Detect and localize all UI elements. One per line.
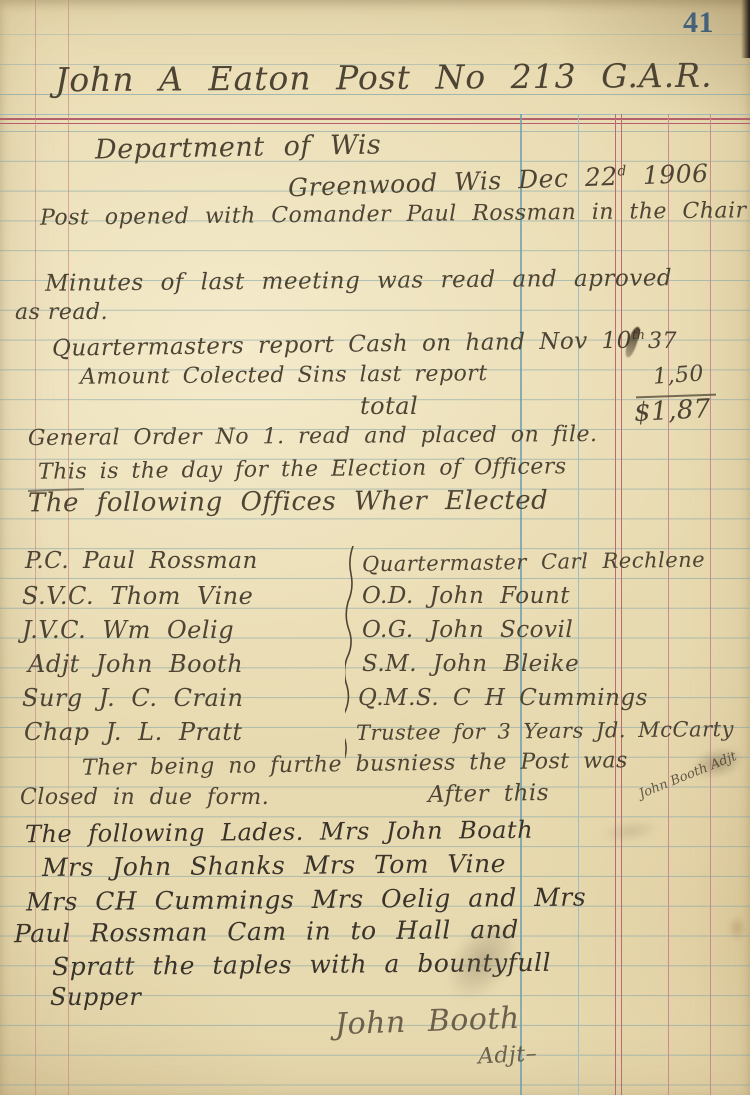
officer-right-row: O.G. John Scovil	[362, 617, 573, 643]
ladies-line-6: Supper	[50, 983, 141, 1011]
ruled-line	[0, 34, 750, 35]
officers-elected-line: The following Offices Wher Elected	[28, 486, 548, 519]
officer-left-row: S.V.C. Thom Vine	[22, 582, 253, 610]
heading-place-date-main: Greenwood Wis Dec 22	[288, 162, 619, 202]
heading-date-superscript: d	[617, 163, 626, 179]
heading-opening-line: Post opened with Comander Paul Rossman i…	[40, 198, 747, 230]
officer-left-row: Chap J. L. Pratt	[24, 718, 243, 746]
ladies-line-5: Spratt the taples with a bountyfull	[52, 948, 551, 981]
column-line-red-1	[668, 114, 669, 1095]
total-label: total	[360, 392, 418, 420]
page-edge-shadow	[741, 0, 750, 58]
cash-on-hand-amount: 37	[648, 329, 677, 354]
minutes-approved-line-1: Minutes of last meeting was read and apr…	[45, 265, 672, 296]
header-band-red-line	[0, 123, 750, 125]
signature-name: John Booth	[334, 1001, 520, 1042]
quartermaster-report-line: Quartermasters report Cash on hand Nov 1…	[52, 327, 645, 362]
column-line-red-2	[710, 114, 711, 1095]
officer-left-row: P.C. Paul Rossman	[25, 548, 258, 574]
heading-department: Department of Wis	[95, 130, 382, 166]
closing-no-business-line: Ther being no furthe busniess the Post w…	[82, 748, 628, 781]
column-line-red-double	[615, 114, 622, 1095]
column-line-blue-2	[578, 114, 579, 1095]
faint-smudge	[599, 816, 661, 846]
signature-title: Adjt–	[477, 1041, 537, 1069]
ladies-line-3: Mrs CH Cummings Mrs Oelig and Mrs	[26, 883, 586, 917]
officer-right-row: O.D. John Fount	[362, 583, 570, 609]
paper-stain	[728, 915, 746, 941]
heading-date-year: 1906	[642, 159, 709, 190]
officer-left-row: Surg J. C. Crain	[22, 684, 243, 712]
amount-collected-line: Amount Colected Sins last report	[80, 361, 488, 390]
quartermaster-report-text: Quartermasters report Cash on hand Nov 1…	[52, 328, 632, 362]
officer-right-row: Q.M.S. C H Cummings	[358, 685, 648, 711]
header-band-red-line	[0, 118, 750, 120]
total-amount: $1,87	[633, 394, 711, 428]
election-day-line: This is the day for the Election of Offi…	[38, 454, 567, 485]
officer-right-row: Quartermaster Carl Rechlene	[362, 548, 705, 577]
page-number: 41	[683, 6, 714, 40]
heading-place-date: Greenwood Wis Dec 22d 1906	[288, 159, 709, 203]
minutes-approved-line-2: as read.	[15, 300, 108, 325]
journal-title: John A Eaton Post No 213 G.A.R.	[55, 56, 713, 100]
closing-after-this: After this	[428, 780, 550, 808]
ladies-line-4: Paul Rossman Cam in to Hall and	[14, 915, 519, 948]
ledger-page: 41 John A Eaton Post No 213 G.A.R. Depar…	[0, 0, 750, 1095]
officer-left-row: J.V.C. Wm Oelig	[22, 616, 234, 644]
closing-closed-line: Closed in due form.	[20, 785, 269, 810]
officer-right-row: S.M. John Bleike	[362, 651, 579, 677]
amount-collected-value: 1,50	[652, 361, 705, 389]
officer-right-row: Trustee for 3 Years Jd. McCarty	[356, 717, 734, 745]
header-band-blue-line	[0, 114, 750, 115]
officer-left-row: Adjt John Booth	[28, 650, 243, 678]
ladies-line-2: Mrs John Shanks Mrs Tom Vine	[42, 849, 506, 882]
general-order-line: General Order No 1. read and placed on f…	[28, 422, 598, 451]
quartermaster-date-superscript: th	[632, 327, 645, 342]
ladies-line-1: The following Lades. Mrs John Boath	[25, 816, 533, 848]
adjutant-margin-note: John Booth Adjt	[637, 749, 739, 802]
